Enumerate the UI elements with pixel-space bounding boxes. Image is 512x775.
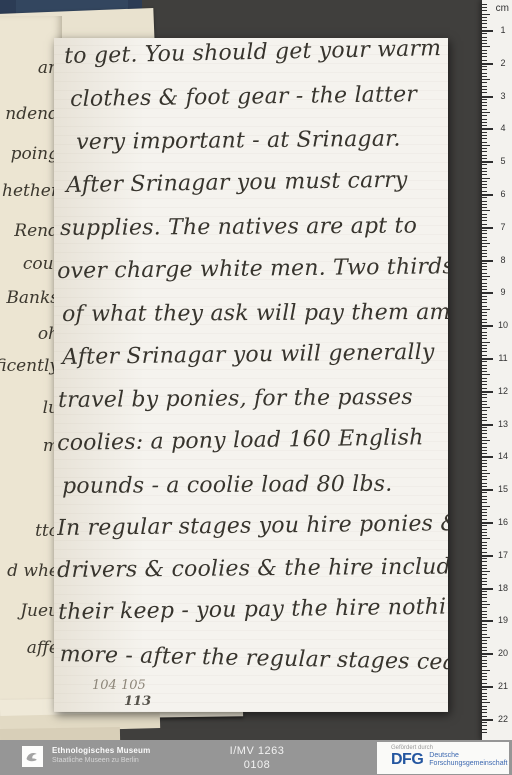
ruler-number: 3 (495, 91, 511, 101)
ruler-tick (482, 456, 493, 458)
ruler-tick (482, 230, 487, 231)
ruler-tick (482, 82, 487, 83)
ruler-tick (482, 430, 487, 431)
ruler-tick (482, 50, 487, 51)
handwriting-line: After Srinagar you will generally (62, 340, 435, 370)
ruler-tick (482, 660, 487, 661)
ruler-tick (482, 187, 487, 188)
ruler-tick (482, 614, 487, 615)
ruler-tick (482, 702, 490, 703)
ruler-tick (482, 447, 487, 448)
ruler-tick (482, 302, 487, 303)
ruler-tick (482, 283, 487, 284)
ruler-tick (482, 712, 487, 713)
ruler-tick (482, 10, 487, 11)
left-page-fragment: Banks (6, 288, 59, 308)
ruler-tick (482, 663, 487, 664)
ruler-tick (482, 716, 487, 717)
ruler-tick (482, 699, 487, 700)
handwriting-line: of what they ask will pay them amply. (62, 300, 448, 327)
ruler-unit-label: cm (496, 3, 509, 14)
ruler-tick (482, 237, 487, 238)
ruler-tick (482, 89, 487, 90)
ruler-tick (482, 197, 487, 198)
ruler-tick (482, 27, 487, 28)
museum-name: Ethnologisches Museum (52, 746, 150, 755)
ruler-tick (482, 240, 487, 241)
ruler-tick (482, 338, 487, 339)
museum-branding: Ethnologisches Museum Staatliche Museen … (22, 746, 150, 767)
ruler-number: 16 (495, 517, 511, 527)
ruler-tick (482, 584, 487, 585)
ruler-tick (482, 266, 487, 267)
ruler-tick (482, 479, 487, 480)
ruler-tick (482, 46, 490, 47)
ruler-tick (482, 673, 487, 674)
ruler-tick (482, 650, 487, 651)
ruler-tick (482, 571, 490, 572)
ruler-tick (482, 529, 487, 530)
ruler-tick (482, 214, 487, 215)
pencil-page-numbers: 104 105 (92, 678, 146, 693)
ruler-tick (482, 365, 487, 366)
ruler-tick (482, 20, 487, 21)
ruler-tick (482, 679, 487, 680)
left-page-stack: anndendpoinghetherRendcoulBanksohficentl… (0, 16, 62, 742)
ruler-tick (482, 538, 490, 539)
ruler-tick (482, 391, 493, 393)
ruler-tick (482, 138, 487, 139)
ruler-tick (482, 351, 487, 352)
ruler-tick (482, 161, 493, 163)
ruler-tick (482, 69, 487, 70)
ruler-tick (482, 476, 487, 477)
ruler-number: 10 (495, 320, 511, 330)
ruler-tick (482, 492, 487, 493)
ruler-number: 4 (495, 123, 511, 133)
ruler-tick (482, 640, 487, 641)
ruler-tick (482, 706, 487, 707)
ruler-tick (482, 437, 487, 438)
ruler-tick (482, 224, 487, 225)
ruler-tick (482, 132, 487, 133)
ruler-tick (482, 394, 487, 395)
ruler-tick (482, 171, 487, 172)
ruler-tick (482, 384, 487, 385)
handwriting-line: more - after the regular stages cease (59, 642, 448, 676)
ruler-tick (482, 220, 487, 221)
ruler-tick (482, 496, 487, 497)
ruler-tick (482, 594, 487, 595)
ruler-tick (482, 460, 487, 461)
ruler-number: 7 (495, 222, 511, 232)
ruler-tick (482, 191, 487, 192)
ruler-tick (482, 201, 487, 202)
ruler-tick (482, 299, 487, 300)
ruler-number: 11 (495, 353, 511, 363)
ruler-tick (482, 312, 487, 313)
ruler-tick (482, 378, 487, 379)
scan-number: 0108 (187, 759, 327, 771)
dfg-logo: DFG Deutsche Forschungsgemeinschaft (391, 752, 509, 768)
museum-logo-icon (22, 746, 43, 767)
left-page-fragment: Rend (14, 221, 59, 241)
ruler-number: 14 (495, 451, 511, 461)
ruler-number: 17 (495, 550, 511, 560)
ruler-number: 1 (495, 25, 511, 35)
ruler-tick (482, 542, 487, 543)
ruler-tick (482, 489, 493, 491)
ruler-tick (482, 30, 493, 32)
ruler-tick (482, 178, 490, 179)
ruler-tick (482, 286, 487, 287)
ruler-tick (482, 525, 487, 526)
ruler-tick (482, 686, 493, 688)
ruler-tick (482, 181, 487, 182)
handwriting-line: In regular stages you hire ponies & (57, 511, 448, 541)
ruler-tick (482, 109, 487, 110)
ruler-tick (482, 414, 487, 415)
ruler-tick (482, 552, 487, 553)
ruler-tick (482, 607, 487, 608)
ruler-tick (482, 43, 487, 44)
ruler-tick (482, 355, 487, 356)
ruler-tick (482, 630, 487, 631)
ruler-tick (482, 309, 490, 310)
ruler-tick (482, 128, 493, 130)
ruler-tick (482, 643, 487, 644)
ruler-tick (482, 578, 487, 579)
dfg-wordmark: DFG (391, 753, 423, 767)
ruler-tick (482, 345, 487, 346)
ruler-tick (482, 335, 487, 336)
ruler-number: 12 (495, 386, 511, 396)
ruler-tick (482, 99, 487, 100)
ruler-number: 19 (495, 615, 511, 625)
ruler-tick (482, 217, 487, 218)
handwriting-line: clothes & foot gear - the latter (70, 82, 417, 112)
funding-logo-box: Gefördert durch DFG Deutsche Forschungsg… (377, 742, 509, 774)
handwriting-line: drivers & coolies & the hire includes (57, 554, 448, 583)
handwriting-line: coolies: a pony load 160 English (57, 425, 424, 456)
ruler-tick (482, 693, 487, 694)
ruler-tick (482, 7, 487, 8)
left-page-fragment: poing (11, 144, 59, 164)
ruler-tick (482, 535, 487, 536)
ruler-tick (482, 279, 487, 280)
ruler-tick (482, 368, 487, 369)
ruler-tick (482, 637, 490, 638)
ruler-tick (482, 40, 487, 41)
ruler-tick (482, 168, 487, 169)
ruler-tick (482, 417, 487, 418)
ruler-tick (482, 96, 493, 98)
ruler-tick (482, 604, 490, 605)
ruler-tick (482, 246, 487, 247)
ruler-tick (482, 410, 487, 411)
ruler-tick (482, 151, 487, 152)
handwriting-line: After Srinagar you must carry (66, 168, 408, 198)
ruler-tick (482, 515, 487, 516)
ruler-tick (482, 53, 487, 54)
left-page-fragment: ndend (5, 104, 59, 124)
ruler-tick (482, 328, 487, 329)
left-page-fragment: d whe (7, 561, 59, 581)
ruler-tick (482, 624, 487, 625)
ruler-tick (482, 401, 487, 402)
left-page-fragment: ficently (0, 356, 59, 376)
ruler-tick (482, 404, 487, 405)
ruler-tick (482, 233, 487, 234)
ruler-tick (482, 499, 487, 500)
ruler-tick (482, 473, 490, 474)
ruler-tick (482, 184, 487, 185)
ruler-tick (482, 145, 490, 146)
ruler-tick (482, 296, 487, 297)
ruler-tick (482, 115, 487, 116)
ruler-tick (482, 102, 487, 103)
ruler-tick (482, 588, 493, 590)
ruler-tick (482, 269, 487, 270)
ruler-tick (482, 601, 487, 602)
ruler-tick (482, 611, 487, 612)
ruler-tick (482, 522, 493, 524)
document-reference: I/MV 1263 0108 (187, 745, 327, 771)
ruler-tick (482, 204, 487, 205)
ruler-tick (482, 420, 487, 421)
ruler-tick (482, 719, 493, 721)
ruler-tick (482, 689, 487, 690)
ruler-tick (482, 381, 487, 382)
ruler-tick (482, 60, 487, 61)
ruler-tick (482, 555, 493, 557)
ruler-tick (482, 148, 487, 149)
dfg-full-name: Deutsche Forschungsgemeinschaft (429, 752, 507, 768)
ruler-tick (482, 155, 487, 156)
handwriting-line: pounds - a coolie load 80 lbs. (62, 472, 392, 499)
ruler-tick (482, 729, 487, 730)
ruler-tick (482, 292, 493, 294)
ruler-tick (482, 565, 487, 566)
handwriting-line: over charge white men. Two thirds (57, 254, 448, 284)
ruler-tick (482, 37, 487, 38)
ruler-tick (482, 63, 493, 65)
ruler-number: 15 (495, 484, 511, 494)
ruler-tick (482, 509, 487, 510)
ruler-tick (482, 227, 493, 229)
dfg-name-line2: Forschungsgemeinschaft (429, 760, 507, 768)
ruler-tick (482, 388, 487, 389)
ruler-tick (482, 315, 487, 316)
ruler-tick (482, 558, 487, 559)
ruler-tick (482, 397, 487, 398)
ruler-tick (482, 561, 487, 562)
ruler-number: 2 (495, 58, 511, 68)
ruler-tick (482, 634, 487, 635)
left-page-fragment: hether (2, 181, 59, 201)
ruler-tick (482, 696, 487, 697)
ruler-tick (482, 512, 487, 513)
ruler-number: 21 (495, 681, 511, 691)
archive-scan-viewer: anndendpoinghetherRendcoulBanksohficentl… (0, 0, 512, 775)
ruler-tick (482, 319, 487, 320)
manuscript-page: to get. You should get your warmclothes … (54, 38, 448, 712)
ruler-tick (482, 483, 487, 484)
museum-subtitle: Staatliche Museen zu Berlin (52, 757, 150, 764)
ruler-tick (482, 709, 487, 710)
ruler-tick (482, 122, 487, 123)
ruler-tick (482, 519, 487, 520)
ruler-tick (482, 725, 487, 726)
ruler-tick (482, 66, 487, 67)
ruler-tick (482, 676, 487, 677)
ruler-tick (482, 574, 487, 575)
ruler-tick (482, 79, 490, 80)
ruler-tick (482, 568, 487, 569)
ruler-tick (482, 210, 490, 211)
handwriting-line: their keep - you pay the hire nothing (58, 594, 448, 625)
dfg-name-line1: Deutsche (429, 752, 507, 760)
eagle-icon (24, 748, 41, 765)
handwriting-line: supplies. The natives are apt to (60, 214, 417, 241)
ruler-tick (482, 73, 487, 74)
handwriting-line: travel by ponies, for the passes (58, 385, 413, 413)
ruler-tick (482, 119, 487, 120)
ruler-tick (482, 250, 487, 251)
ruler-tick (482, 548, 487, 549)
ruler-tick (482, 105, 487, 106)
viewer-footer-bar: Ethnologisches Museum Staatliche Museen … (0, 740, 512, 775)
ruler-tick (482, 342, 490, 343)
ruler-tick (482, 76, 487, 77)
handwriting-line: very important - at Srinagar. (76, 127, 401, 155)
ruler-tick (482, 433, 487, 434)
ruler-number: 13 (495, 419, 511, 429)
ruler-tick (482, 666, 487, 667)
ruler-tick (482, 545, 487, 546)
ruler-tick (482, 506, 490, 507)
ruler-tick (482, 158, 487, 159)
ruler-tick (482, 276, 490, 277)
ruler-tick (482, 374, 490, 375)
ruler-tick (482, 263, 487, 264)
ruler-tick (482, 142, 487, 143)
ruler-number: 8 (495, 255, 511, 265)
ruler-tick (482, 112, 490, 113)
ruler-tick (482, 656, 487, 657)
ruler-tick (482, 532, 487, 533)
ruler-tick (482, 348, 487, 349)
shelfmark: I/MV 1263 (187, 745, 327, 757)
museum-name-block: Ethnologisches Museum Staatliche Museen … (52, 746, 150, 764)
ruler-tick (482, 4, 487, 5)
ruler-tick (482, 371, 487, 372)
ruler-tick (482, 125, 487, 126)
ruler-tick (482, 670, 490, 671)
ruler-tick (482, 194, 493, 196)
ruler-tick (482, 466, 487, 467)
ruler-tick (482, 620, 493, 622)
ruler-tick (482, 358, 493, 360)
ruler-tick (482, 627, 487, 628)
ruler-tick (482, 597, 487, 598)
ruler-number: 6 (495, 189, 511, 199)
ruler-tick (482, 56, 487, 57)
ruler-tick (482, 14, 490, 15)
ruler-number: 5 (495, 156, 511, 166)
ruler-tick (482, 207, 487, 208)
ruler-tick (482, 273, 487, 274)
ruler-tick (482, 92, 487, 93)
ruler-tick (482, 647, 487, 648)
ruler-tick (482, 23, 487, 24)
ruler-tick (482, 470, 487, 471)
ruler-tick (482, 581, 487, 582)
ruler-number: 20 (495, 648, 511, 658)
ruler-tick (482, 174, 487, 175)
pencil-page-number-alt: 113 (124, 694, 151, 709)
ruler-tick (482, 322, 487, 323)
ruler-tick (482, 732, 487, 733)
ruler-number: 9 (495, 287, 511, 297)
ruler-tick (482, 617, 487, 618)
ruler-tick (482, 253, 487, 254)
ruler-tick (482, 361, 487, 362)
ruler-tick (482, 450, 487, 451)
ruler-tick (482, 256, 487, 257)
ruler-tick (482, 260, 493, 262)
ruler-number: 18 (495, 583, 511, 593)
ruler-tick (482, 424, 493, 426)
ruler-tick (482, 683, 487, 684)
ruler-tick (482, 86, 487, 87)
ruler-tick (482, 407, 490, 408)
ruler-tick (482, 653, 493, 655)
ruler-tick (482, 243, 490, 244)
ruler-tick (482, 306, 487, 307)
ruler-tick (482, 502, 487, 503)
ruler-tick (482, 591, 487, 592)
ruler-tick (482, 463, 487, 464)
handwriting-line: to get. You should get your warm (64, 38, 441, 69)
ruler-tick (482, 33, 487, 34)
ruler-tick (482, 453, 487, 454)
cm-ruler: cm 12345678910111213141516171819202122 (482, 0, 512, 740)
ruler-tick (482, 332, 487, 333)
ruler-tick (482, 722, 487, 723)
ruler-number: 22 (495, 714, 511, 724)
ruler-tick (482, 325, 493, 327)
ruler-tick (482, 440, 490, 441)
ruler-tick (482, 443, 487, 444)
ruler-tick (482, 486, 487, 487)
ruler-tick (482, 135, 487, 136)
ruler-tick (482, 17, 487, 18)
ruler-tick (482, 427, 487, 428)
ruler-tick (482, 289, 487, 290)
ruler-tick (482, 164, 487, 165)
